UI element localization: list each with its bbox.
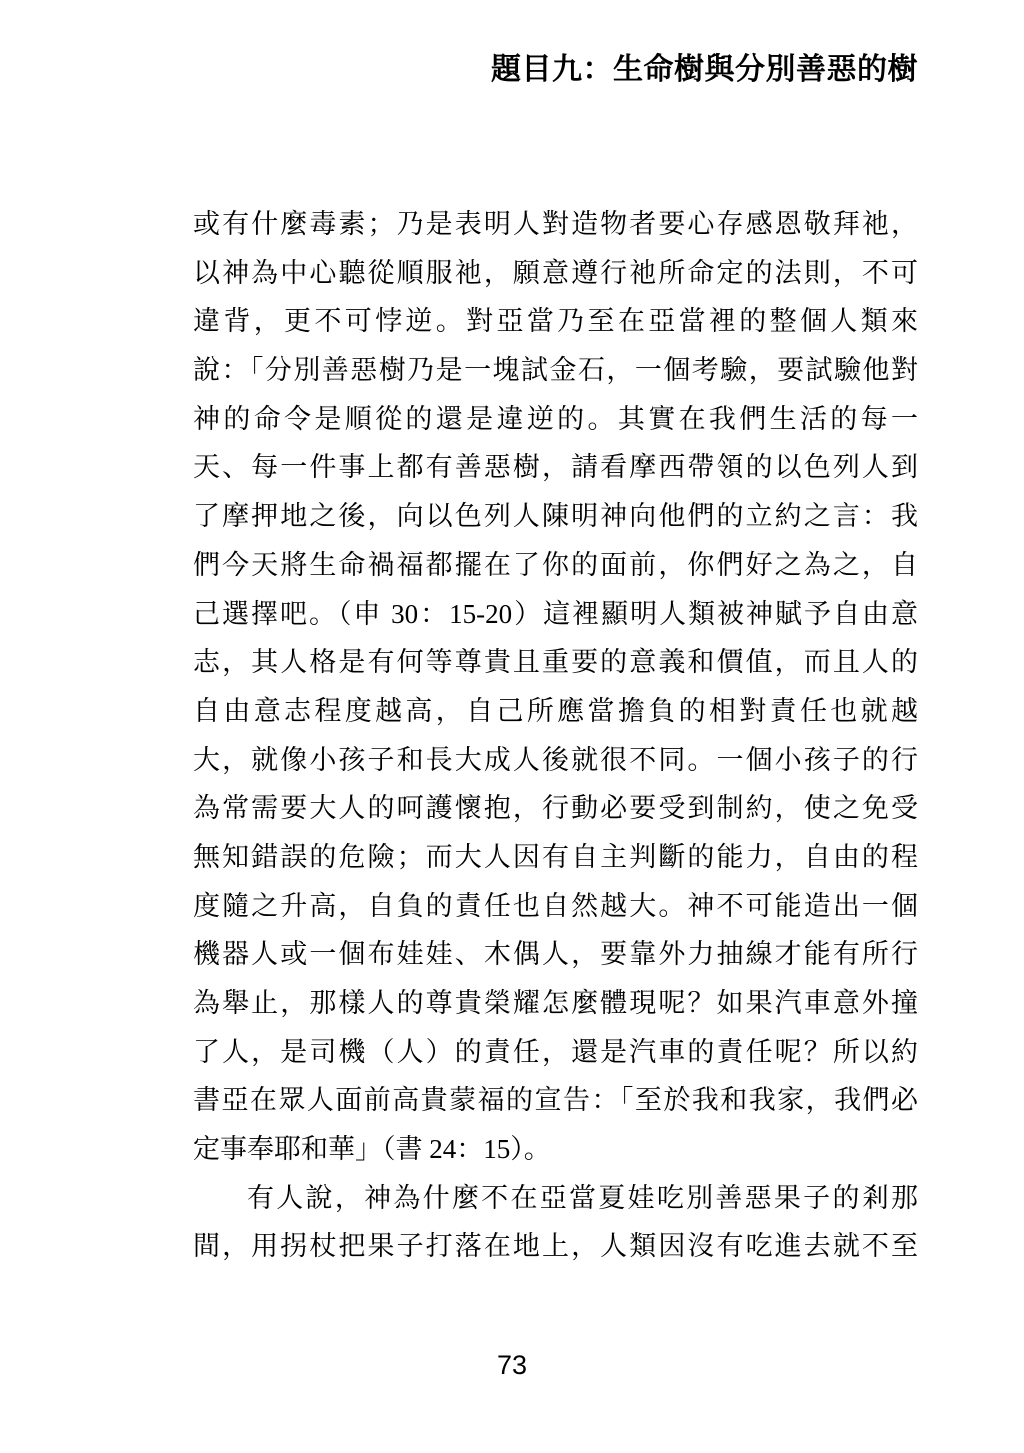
text-line: 們今天將生命禍福都擺在了你的面前，你們好之為之，自 [193,541,918,590]
text-line: 無知錯誤的危險；而大人因有自主判斷的能力，自由的程 [193,833,918,882]
text-line: 己選擇吧。（申 30：15-20）這裡顯明人類被神賦予自由意 [193,590,918,639]
body-text: 或有什麼毒素；乃是表明人對造物者要心存感恩敬拜祂，以神為中心聽從順服祂，願意遵行… [193,200,918,1271]
text-line: 志，其人格是有何等尊貴且重要的意義和價值，而且人的 [193,638,918,687]
text-line: 有人說，神為什麼不在亞當夏娃吃別善惡果子的剎那 [193,1174,918,1223]
text-line: 為常需要大人的呵護懷抱，行動必要受到制約，使之免受 [193,784,918,833]
text-line: 定事奉耶和華」（書 24：15）。 [193,1125,918,1174]
text-line: 或有什麼毒素；乃是表明人對造物者要心存感恩敬拜祂， [193,200,918,249]
page-number: 73 [0,1348,1024,1382]
text-line: 神的命令是順從的還是違逆的。其實在我們生活的每一 [193,395,918,444]
text-line: 以神為中心聽從順服祂，願意遵行祂所命定的法則，不可 [193,249,918,298]
text-line: 了摩押地之後，向以色列人陳明神向他們的立約之言：我 [193,492,918,541]
text-line: 大，就像小孩子和長大成人後就很不同。一個小孩子的行 [193,736,918,785]
text-line: 天、每一件事上都有善惡樹，請看摩西帶領的以色列人到 [193,443,918,492]
text-line: 自由意志程度越高，自己所應當擔負的相對責任也就越 [193,687,918,736]
running-header: 題目九：生命樹與分別善惡的樹 [193,52,918,88]
text-line: 書亞在眾人面前高貴蒙福的宣告：「至於我和我家，我們必 [193,1076,918,1125]
text-line: 為舉止，那樣人的尊貴榮耀怎麼體現呢？如果汽車意外撞 [193,979,918,1028]
text-line: 說：「分別善惡樹乃是一塊試金石，一個考驗，要試驗他對 [193,346,918,395]
text-line: 機器人或一個布娃娃、木偶人，要靠外力抽線才能有所行 [193,930,918,979]
text-line: 間，用拐杖把果子打落在地上，人類因沒有吃進去就不至 [193,1222,918,1271]
text-line: 度隨之升高，自負的責任也自然越大。神不可能造出一個 [193,882,918,931]
text-line: 違背，更不可悖逆。對亞當乃至在亞當裡的整個人類來 [193,297,918,346]
book-page: 題目九：生命樹與分別善惡的樹 或有什麼毒素；乃是表明人對造物者要心存感恩敬拜祂，… [0,0,1024,1453]
text-line: 了人，是司機（人）的責任，還是汽車的責任呢？所以約 [193,1028,918,1077]
